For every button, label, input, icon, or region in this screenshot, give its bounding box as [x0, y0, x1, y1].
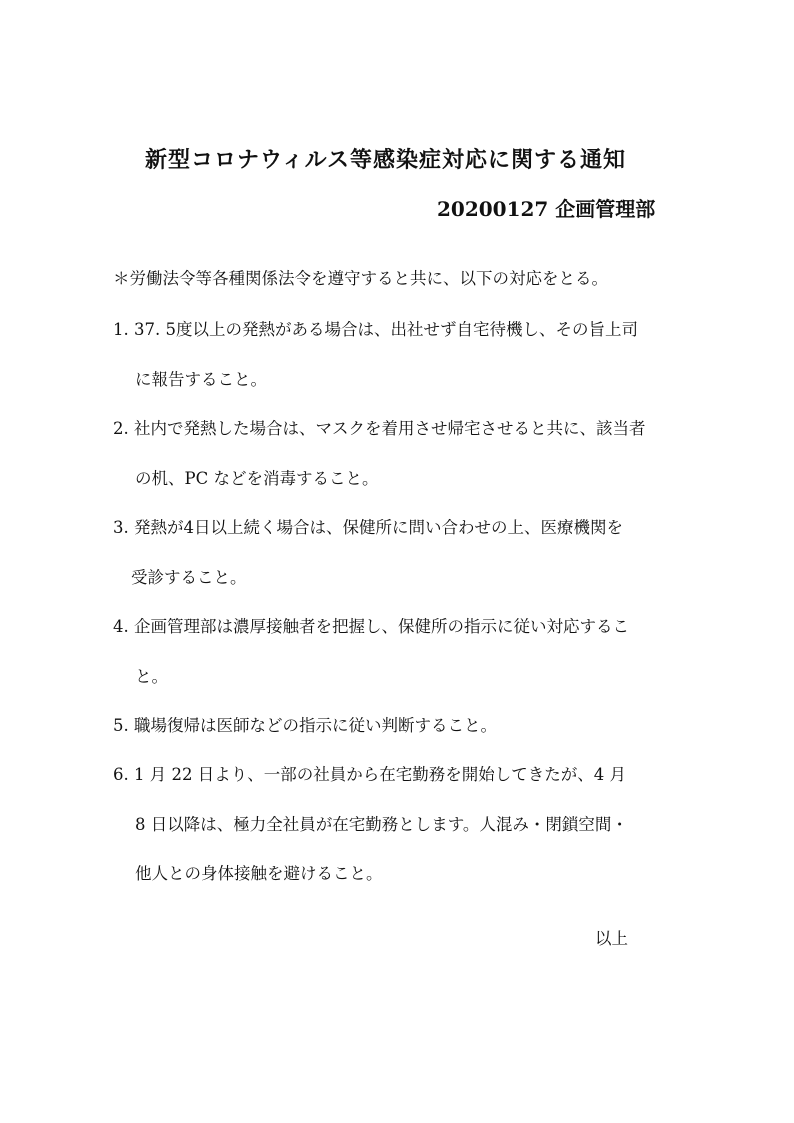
- item-2-line-1: 2. 社内で発熱した場合は、マスクを着用させ帰宅させると共に、該当者: [113, 415, 646, 439]
- item-6-line-2: 8 日以降は、極力全社員が在宅勤務とします。人混み・閉鎖空間・: [135, 811, 628, 835]
- item-2-line-2: の机、PC などを消毒すること。: [135, 465, 378, 489]
- item-3-line-2: 受診すること。: [131, 564, 247, 588]
- item-4-line-1: 4. 企画管理部は濃厚接触者を把握し、保健所の指示に従い対応するこ: [113, 613, 629, 637]
- item-3-line-1: 3. 発熱が4日以上続く場合は、保健所に問い合わせの上、医療機関を: [113, 514, 623, 538]
- item-1-line-2: に報告すること。: [135, 366, 267, 390]
- preamble: ＊労働法令等各種関係法令を遵守すると共に、以下の対応をとる。: [113, 265, 608, 289]
- item-6-line-1: 6. 1 月 22 日より、一部の社員から在宅勤務を開始してきたが、4 月: [113, 761, 626, 785]
- item-6-line-3: 他人との身体接触を避けること。: [135, 860, 383, 884]
- item-1-line-1: 1. 37. 5度以上の発熱がある場合は、出社せず自宅待機し、その旨上司: [113, 316, 638, 340]
- item-5-line-1: 5. 職場復帰は医師などの指示に従い判断すること。: [113, 712, 497, 736]
- date-department: 20200127 企画管理部: [437, 193, 655, 222]
- document-title: 新型コロナウィルス等感染症対応に関する通知: [145, 143, 626, 174]
- item-4-line-2: と。: [135, 663, 168, 687]
- closing-text: 以上: [595, 925, 628, 949]
